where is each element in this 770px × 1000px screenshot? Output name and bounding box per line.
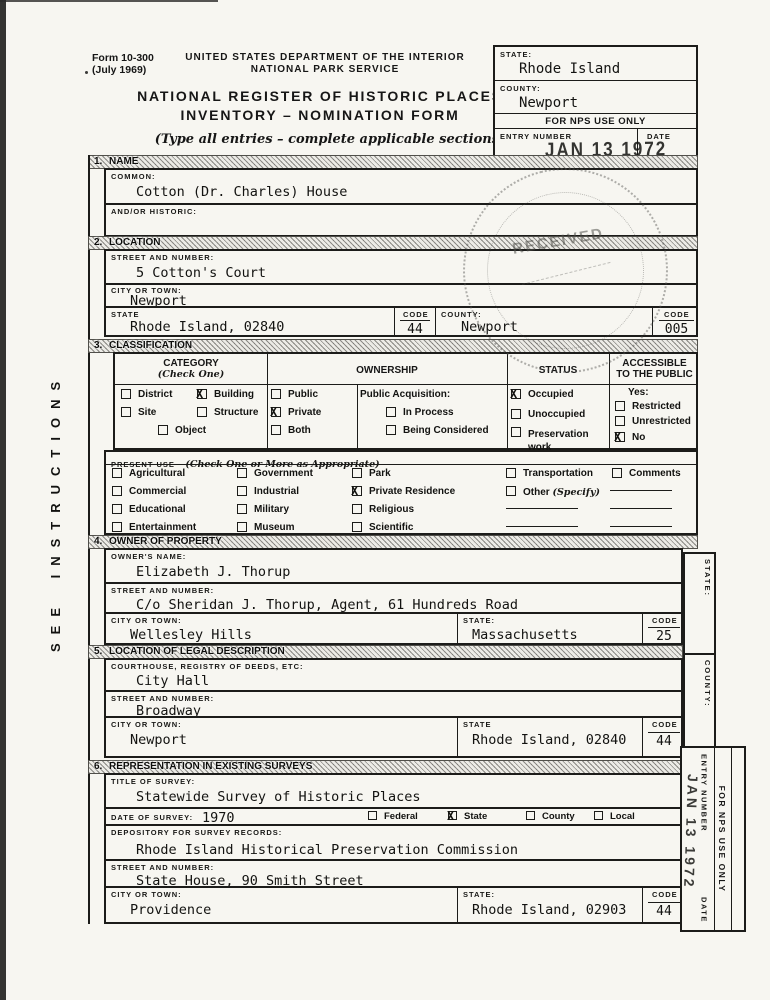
- field-city5-label: CITY OR TOWN:: [111, 721, 182, 729]
- sidebar-entry-number-label: ENTRY NUMBER: [700, 754, 708, 832]
- agency-line1: UNITED STATES DEPARTMENT OF THE INTERIOR: [175, 52, 475, 64]
- section4-title: OWNER OF PROPERTY: [109, 536, 222, 547]
- checkbox-agricultural[interactable]: Agricultural: [112, 468, 185, 479]
- state-code-value: 44: [400, 320, 430, 337]
- section6-header-bar: 6.REPRESENTATION IN EXISTING SURVEYS: [88, 760, 683, 774]
- checkbox-federal[interactable]: Federal: [368, 811, 418, 822]
- page-title-line2: INVENTORY – NOMINATION FORM: [110, 106, 530, 125]
- section1-number: 1.: [94, 156, 109, 168]
- checkbox-industrial[interactable]: Industrial: [237, 486, 299, 497]
- field-survey-title-value: Statewide Survey of Historic Places: [136, 791, 420, 805]
- checkbox-private-residence[interactable]: XPrivate Residence: [352, 486, 455, 497]
- sidebar-state-box: STATE:: [683, 552, 716, 655]
- field-street5: STREET AND NUMBER: Broadway: [104, 690, 683, 718]
- code-cell6: CODE 44: [642, 888, 685, 922]
- checkbox-museum[interactable]: Museum: [237, 522, 295, 533]
- field-common-value: Cotton (Dr. Charles) House: [136, 186, 347, 200]
- category-header-note: (Check One): [115, 369, 267, 380]
- accessible-header-line2: TO THE PUBLIC: [609, 369, 700, 380]
- checkbox-occupied[interactable]: XOccupied: [511, 389, 574, 400]
- checkbox-public[interactable]: Public: [271, 389, 318, 400]
- page-title: NATIONAL REGISTER OF HISTORIC PLACES INV…: [110, 87, 530, 125]
- survey-date-label: DATE OF SURVEY:: [111, 814, 193, 822]
- code-cell5: CODE 44: [642, 718, 685, 756]
- divider: [731, 748, 732, 930]
- section6-title: REPRESENTATION IN EXISTING SURVEYS: [109, 761, 312, 772]
- other-specify-line: [506, 526, 578, 527]
- field-state5-value: Rhode Island, 02840: [472, 734, 626, 748]
- field-courthouse: COURTHOUSE, REGISTRY OF DEEDS, ETC: City…: [104, 658, 683, 692]
- field-courthouse-value: City Hall: [136, 675, 209, 689]
- section5-header-bar: 5.LOCATION OF LEGAL DESCRIPTION: [88, 645, 683, 659]
- field-state5-label: STATE: [463, 721, 491, 729]
- checkbox-both[interactable]: Both: [271, 425, 311, 436]
- code6-value: 44: [648, 902, 680, 919]
- field-state6-label: STATE:: [463, 891, 495, 899]
- nps-county-label: COUNTY:: [500, 85, 541, 93]
- field-street2-value: 5 Cotton's Court: [136, 267, 266, 281]
- form-number-line2: (July 1969): [92, 64, 182, 76]
- nps-use-box: STATE: Rhode Island COUNTY: Newport FOR …: [493, 45, 698, 158]
- field-state4-value: Massachusetts: [472, 629, 578, 643]
- checkbox-educational[interactable]: Educational: [112, 504, 186, 515]
- code5-value: 44: [648, 732, 680, 749]
- page-title-line1: NATIONAL REGISTER OF HISTORIC PLACES: [110, 87, 530, 106]
- sidebar-county-box: COUNTY:: [683, 653, 716, 748]
- checkbox-government[interactable]: Government: [237, 468, 313, 479]
- section5-number: 5.: [94, 646, 109, 658]
- code5-label: CODE: [652, 721, 678, 729]
- checkbox-site[interactable]: Site: [121, 407, 156, 418]
- city-state-row5: CITY OR TOWN: Newport STATE Rhode Island…: [104, 716, 683, 758]
- checkbox-local-survey[interactable]: Local: [594, 811, 635, 822]
- section1-header-bar: 1.NAME: [88, 155, 698, 169]
- county-code-label: CODE: [664, 311, 690, 319]
- checkbox-other[interactable]: Other (Specify): [506, 486, 600, 498]
- section5-title: LOCATION OF LEGAL DESCRIPTION: [109, 646, 285, 657]
- field-city4-value: Wellesley Hills: [130, 629, 252, 643]
- field-state4-label: STATE:: [463, 617, 495, 625]
- section2-number: 2.: [94, 237, 109, 249]
- accessible-header-line1: ACCESSIBLE: [609, 358, 700, 369]
- checkbox-being-considered[interactable]: Being Considered: [386, 425, 489, 436]
- code4-value: 25: [648, 627, 680, 644]
- field-street2-label: STREET AND NUMBER:: [111, 254, 214, 262]
- state-code-label: CODE: [403, 311, 429, 319]
- nps-county-value: Newport: [519, 96, 578, 110]
- sidebar-county-label: COUNTY:: [704, 660, 712, 708]
- type-note: (Type all entries – complete applicable …: [130, 132, 530, 147]
- checkbox-county-survey[interactable]: County: [526, 811, 575, 822]
- checkbox-religious[interactable]: Religious: [352, 504, 414, 515]
- scan-edge-top: [0, 0, 218, 2]
- checkbox-building[interactable]: XBuilding: [197, 389, 254, 400]
- field-state2-value: Rhode Island, 02840: [130, 321, 284, 335]
- section4-header-bar: 4.OWNER OF PROPERTY: [88, 535, 698, 549]
- sidebar-date-label: DATE: [700, 897, 708, 923]
- checkbox-private[interactable]: XPrivate: [271, 407, 321, 418]
- checkbox-state-survey[interactable]: XState: [448, 811, 487, 822]
- see-instructions-note: SEE INSTRUCTIONS: [48, 330, 63, 652]
- field-survey-title-label: TITLE OF SURVEY:: [111, 778, 195, 786]
- state-code-cell: CODE 44: [394, 308, 435, 335]
- received-stamp-inner-ring: [470, 175, 660, 365]
- field-street6-label: STREET AND NUMBER:: [111, 864, 214, 872]
- checkbox-military[interactable]: Military: [237, 504, 289, 515]
- sidebar-state-label: STATE:: [704, 559, 712, 597]
- field-street4-label: STREET AND NUMBER:: [111, 587, 214, 595]
- section3-number: 3.: [94, 340, 109, 352]
- field-owner-name-label: OWNER'S NAME:: [111, 553, 186, 561]
- comments-line: [610, 508, 672, 509]
- checkbox-unrestricted[interactable]: Unrestricted: [615, 416, 691, 427]
- accessible-header: ACCESSIBLE TO THE PUBLIC: [609, 358, 700, 380]
- field-owner-name: OWNER'S NAME: Elizabeth J. Thorup: [104, 548, 683, 584]
- form-number-line1: Form 10-300: [92, 52, 182, 64]
- state-cell4: STATE: Massachusetts: [457, 614, 642, 643]
- field-depository-label: DEPOSITORY FOR SURVEY RECORDS:: [111, 829, 282, 837]
- nps-state-value: Rhode Island: [519, 62, 620, 76]
- scan-speck: [85, 71, 88, 74]
- field-survey-title: TITLE OF SURVEY: Statewide Survey of His…: [104, 773, 683, 809]
- ownership-header: OWNERSHIP: [267, 365, 507, 376]
- sidebar-nps-box: ENTRY NUMBER DATE JAN 13 1972 FOR NPS US…: [680, 746, 746, 932]
- accessible-yes-label: Yes:: [628, 388, 649, 398]
- checkbox-transportation[interactable]: Transportation: [506, 468, 593, 479]
- code4-label: CODE: [652, 617, 678, 625]
- section4-number: 4.: [94, 536, 109, 548]
- comments-line: [610, 526, 672, 527]
- field-courthouse-label: COURTHOUSE, REGISTRY OF DEEDS, ETC:: [111, 663, 304, 671]
- checkbox-structure[interactable]: Structure: [197, 407, 258, 418]
- field-historic-label: AND/OR HISTORIC:: [111, 208, 197, 216]
- county-code-value: 005: [659, 320, 694, 337]
- city-state-row4: CITY OR TOWN: Wellesley Hills STATE: Mas…: [104, 612, 683, 645]
- checkbox-entertainment[interactable]: Entertainment: [112, 522, 196, 533]
- field-street4: STREET AND NUMBER: C/o Sheridan J. Thoru…: [104, 582, 683, 614]
- agency-line2: NATIONAL PARK SERVICE: [175, 64, 475, 76]
- checkbox-no[interactable]: XNo: [615, 432, 645, 443]
- section2-title: LOCATION: [109, 237, 160, 248]
- section3-title: CLASSIFICATION: [109, 340, 192, 351]
- checkbox-unoccupied[interactable]: Unoccupied: [511, 409, 585, 420]
- state-cell6: STATE: Rhode Island, 02903: [457, 888, 642, 922]
- field-city6-value: Providence: [130, 904, 211, 918]
- checkbox-park[interactable]: Park: [352, 468, 391, 479]
- field-depository-value: Rhode Island Historical Preservation Com…: [136, 844, 518, 858]
- field-depository: DEPOSITORY FOR SURVEY RECORDS: Rhode Isl…: [104, 824, 683, 861]
- sidebar-nps-use-label: FOR NPS USE ONLY: [717, 786, 727, 893]
- public-acquisition-label: Public Acquisition:: [360, 390, 450, 400]
- scanned-nomination-form-page: Form 10-300 (July 1969) UNITED STATES DE…: [0, 0, 770, 1000]
- divider: [714, 748, 715, 930]
- checkbox-in-process[interactable]: In Process: [386, 407, 454, 418]
- sidebar-date-stamp: JAN 13 1972: [681, 774, 701, 890]
- section6-number: 6.: [94, 761, 109, 773]
- field-city6-label: CITY OR TOWN:: [111, 891, 182, 899]
- form-number: Form 10-300 (July 1969): [92, 52, 182, 76]
- nps-use-banner: FOR NPS USE ONLY: [495, 113, 696, 129]
- city-state-row6: CITY OR TOWN: Providence STATE: Rhode Is…: [104, 886, 683, 924]
- field-owner-name-value: Elizabeth J. Thorup: [136, 566, 290, 580]
- agency-title: UNITED STATES DEPARTMENT OF THE INTERIOR…: [175, 52, 475, 76]
- field-city5-value: Newport: [130, 734, 187, 748]
- nps-state-label: STATE:: [500, 51, 532, 59]
- divider: [495, 80, 696, 81]
- code6-label: CODE: [652, 891, 678, 899]
- state-cell5: STATE Rhode Island, 02840: [457, 718, 642, 756]
- other-specify-line: [506, 508, 578, 509]
- field-street4-value: C/o Sheridan J. Thorup, Agent, 61 Hundre…: [136, 599, 518, 613]
- divider: [357, 384, 358, 448]
- checkbox-object[interactable]: Object: [158, 425, 206, 436]
- checkbox-comments[interactable]: Comments: [612, 468, 681, 479]
- field-common-label: COMMON:: [111, 173, 156, 181]
- category-header-text: CATEGORY: [115, 358, 267, 369]
- checkbox-scientific[interactable]: Scientific: [352, 522, 413, 533]
- section1-title: NAME: [109, 156, 138, 167]
- field-city4-label: CITY OR TOWN:: [111, 617, 182, 625]
- scan-edge-left: [0, 0, 6, 1000]
- field-street6: STREET AND NUMBER: State House, 90 Smith…: [104, 859, 683, 888]
- comments-line: [610, 490, 672, 491]
- field-state6-value: Rhode Island, 02903: [472, 904, 626, 918]
- field-street5-label: STREET AND NUMBER:: [111, 695, 214, 703]
- field-state2-label: STATE: [111, 311, 139, 319]
- code-cell4: CODE 25: [642, 614, 685, 643]
- checkbox-commercial[interactable]: Commercial: [112, 486, 186, 497]
- checkbox-restricted[interactable]: Restricted: [615, 401, 681, 412]
- category-header: CATEGORY (Check One): [115, 358, 267, 380]
- checkbox-district[interactable]: District: [121, 389, 172, 400]
